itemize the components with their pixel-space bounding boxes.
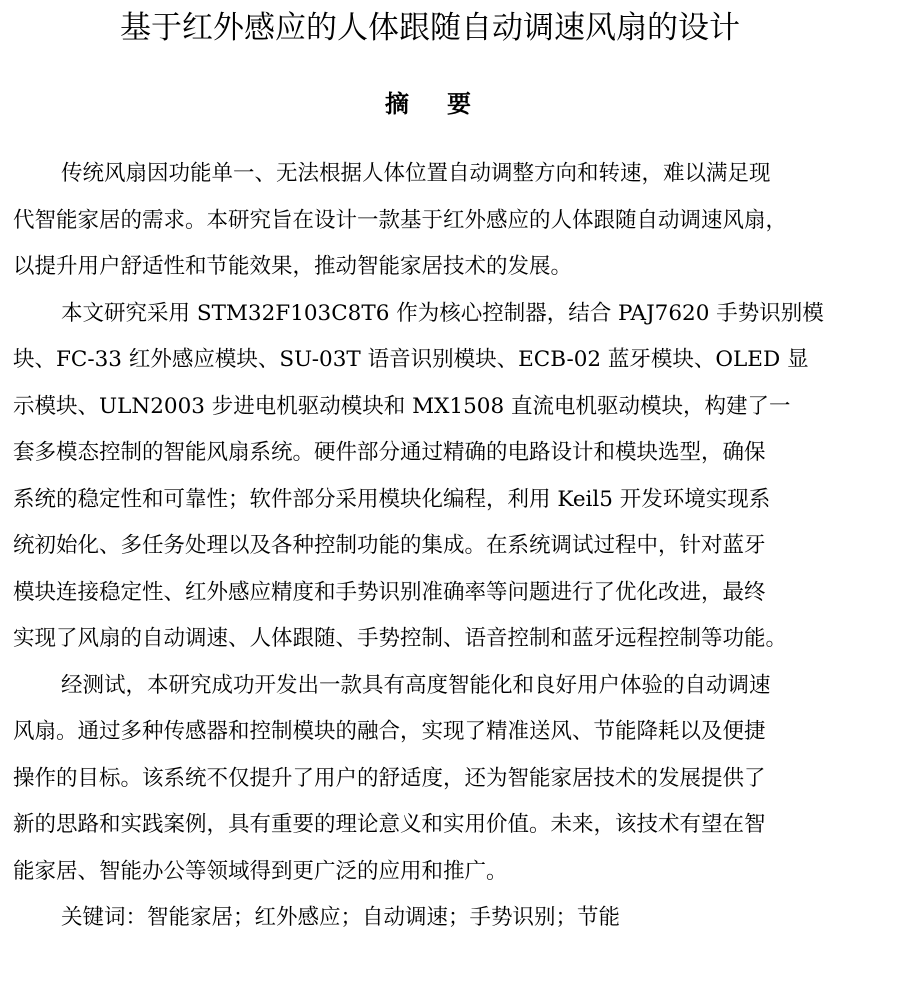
paragraph-line: 代智能家居的需求。本研究旨在设计一款基于红外感应的人体跟随自动调速风扇，: [13, 198, 843, 245]
paragraph-line: 模块连接稳定性、红外感应精度和手势识别准确率等问题进行了优化改进，最终: [13, 570, 843, 617]
paragraph-line: 块、FC-33 红外感应模块、SU-03T 语音识别模块、ECB-02 蓝牙模块…: [13, 337, 843, 384]
keywords-line: 关键词：智能家居；红外感应；自动调速；手势识别；节能: [13, 895, 843, 942]
abstract-heading-char-1: 摘: [385, 86, 409, 122]
abstract-paragraph-1: 传统风扇因功能单一、无法根据人体位置自动调整方向和转速，难以满足现 代智能家居的…: [13, 151, 843, 291]
paragraph-line: 风扇。通过多种传感器和控制模块的融合，实现了精准送风、节能降耗以及便捷: [13, 709, 843, 756]
paragraph-line: 以提升用户舒适性和节能效果，推动智能家居技术的发展。: [13, 244, 843, 291]
abstract-body: 传统风扇因功能单一、无法根据人体位置自动调整方向和转速，难以满足现 代智能家居的…: [13, 151, 843, 942]
abstract-heading: 摘要: [0, 86, 856, 122]
abstract-heading-char-2: 要: [447, 86, 471, 122]
paragraph-line: 本文研究采用 STM32F103C8T6 作为核心控制器，结合 PAJ7620 …: [13, 291, 843, 338]
paragraph-line: 实现了风扇的自动调速、人体跟随、手势控制、语音控制和蓝牙远程控制等功能。: [13, 616, 843, 663]
paragraph-line: 统初始化、多任务处理以及各种控制功能的集成。在系统调试过程中，针对蓝牙: [13, 523, 843, 570]
document-title: 基于红外感应的人体跟随自动调速风扇的设计: [0, 6, 860, 50]
paragraph-line: 示模块、ULN2003 步进电机驱动模块和 MX1508 直流电机驱动模块，构建…: [13, 384, 843, 431]
paragraph-line: 操作的目标。该系统不仅提升了用户的舒适度，还为智能家居技术的发展提供了: [13, 756, 843, 803]
paragraph-line: 能家居、智能办公等领域得到更广泛的应用和推广。: [13, 849, 843, 896]
paragraph-line: 新的思路和实践案例，具有重要的理论意义和实用价值。未来，该技术有望在智: [13, 802, 843, 849]
document-page: 基于红外感应的人体跟随自动调速风扇的设计 摘要 传统风扇因功能单一、无法根据人体…: [0, 0, 898, 991]
abstract-paragraph-2: 本文研究采用 STM32F103C8T6 作为核心控制器，结合 PAJ7620 …: [13, 291, 843, 663]
abstract-paragraph-3: 经测试，本研究成功开发出一款具有高度智能化和良好用户体验的自动调速 风扇。通过多…: [13, 663, 843, 896]
paragraph-line: 套多模态控制的智能风扇系统。硬件部分通过精确的电路设计和模块选型，确保: [13, 430, 843, 477]
paragraph-line: 传统风扇因功能单一、无法根据人体位置自动调整方向和转速，难以满足现: [13, 151, 843, 198]
paragraph-line: 经测试，本研究成功开发出一款具有高度智能化和良好用户体验的自动调速: [13, 663, 843, 710]
paragraph-line: 系统的稳定性和可靠性；软件部分采用模块化编程，利用 Keil5 开发环境实现系: [13, 477, 843, 524]
